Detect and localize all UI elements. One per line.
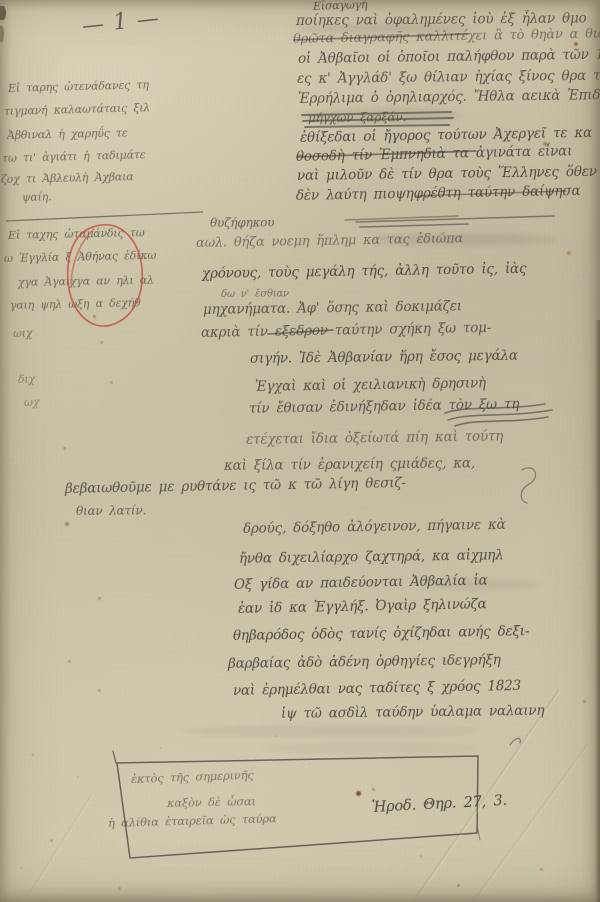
handwritten-line: Ἐγχαὶ καὶ οἱ χειλιανικὴ δρησινὴ <box>255 375 486 395</box>
handwritten-line: ωιχ <box>13 327 33 340</box>
foxing-stain <box>98 597 101 600</box>
foxing-stain <box>65 522 69 526</box>
handwritten-line: τίν ἔθισαν ἐδινήξηδαν ἰδέα τὸν ξω τη <box>249 396 519 417</box>
handwritten-line: ἡ αλίθια ἑταιρεῖα ὡς ταύρα <box>108 811 277 830</box>
handwritten-line: ακριὰ τίν εξεδρον ταύτην σχήκη ξω τομ- <box>201 320 491 341</box>
paper-crease <box>470 745 589 902</box>
foxing-stain <box>372 788 375 791</box>
handwritten-line: χγα Ἀγαιχγα αν ηλι αλ <box>18 274 154 289</box>
foxing-stain <box>20 867 22 869</box>
edge-mark <box>0 26 4 42</box>
foxing-stain <box>420 855 422 857</box>
foxing-stain <box>77 776 79 778</box>
handwritten-line: ες κ' Ἀγγλάδ' ξω θίλιαν ἡχίας ξίνος θρα … <box>297 68 600 87</box>
handwritten-line: σιγήν. Ἰδὲ Ἀθβανίαν ἥρη ἔσος μεγάλα <box>250 348 518 367</box>
handwritten-line: ψαίη. <box>22 190 52 204</box>
foxing-stain <box>540 868 543 871</box>
foxing-stain <box>118 887 121 890</box>
handwritten-line: ἐκτὸς τῆς σημερινῆς <box>131 768 254 786</box>
foxing-stain <box>574 42 578 46</box>
paper-crease <box>27 795 93 899</box>
foxing-stain <box>275 735 277 737</box>
foxing-stain <box>32 754 34 756</box>
handwritten-line: τιγμανή καλαωτάταις ξιλ <box>4 101 150 118</box>
handwritten-line: θυζήφηκου <box>210 215 275 230</box>
handwritten-line: Εἰ ταρης ὠτενάδανες τη <box>8 78 149 95</box>
handwritten-line: δρούς, δόξηθο ἀλόγεινον, πήγαινε κὰ <box>243 517 506 537</box>
handwritten-line: διχ <box>18 373 35 386</box>
foxing-stain <box>98 689 101 692</box>
handwritten-line: Ἀβθιναλ ἡ χαρηΰς τε <box>7 126 128 142</box>
handwritten-line: μήγχων ξαρξάν. <box>308 110 406 125</box>
handwritten-line: καὶ ξίλα τίν ἐρανιχείη ςμιάδες, κα, <box>224 455 475 474</box>
graphite-smudge <box>180 726 480 736</box>
foxing-stain <box>567 251 571 255</box>
handwritten-line: θοσοδὴ τίν Ἐμπνηδιὰ τα ἀγινάτα εἶναι <box>296 143 572 165</box>
foxing-stain <box>50 839 53 842</box>
handwritten-line: ναὶ ἐρημέλθαι νας ταδίτες ξ χρόος 1823 <box>233 678 521 699</box>
citation: Ἡροδ. Θηρ. 27, 3. <box>372 793 508 816</box>
handwritten-line: ἤνθα διχειλίαρχο ζαχτηρά, κα αἰχμηλ <box>239 547 504 567</box>
manuscript-page: — 1 — Εἰσαγωγή Εἰ ταρης ὠτενάδανες τητιγ… <box>0 0 600 902</box>
handwritten-line: ἱψ τῶ ασδὶλ ταύδην ὑαλαμα ναλαινη <box>281 703 544 722</box>
edge-mark <box>0 6 6 20</box>
handwritten-line: Ἐρρήλιμα ὁ ὀρηλιαρχός. Ἤθλα αεικὰ Ἐπιδια… <box>298 87 600 107</box>
foxing-stain <box>583 700 586 703</box>
section-heading: Εἰσαγωγή <box>313 0 368 13</box>
foxing-stain <box>100 341 103 344</box>
handwritten-line: Εἰ ταχης ὠταμάνδις τω <box>8 226 145 242</box>
handwritten-line: βεβαιωθοῦμε με ρυθτάνε ις τῶ κ τῶ λίγη θ… <box>65 475 406 497</box>
handwritten-line: ναὶ μιλοῦν δὲ τίν θρα τοὺς Ἕλληνες ὅθεν <box>297 164 597 184</box>
graphite-smudge <box>260 744 480 752</box>
handwritten-line: καξὸν δὲ ὧσαι <box>167 794 256 810</box>
handwritten-line: χρόνους, τοὺς μεγάλη τής, ἀλλη τοῦτο ἰς,… <box>202 261 527 282</box>
handwritten-line: δω ν' ἔσθιαν <box>221 288 289 300</box>
handwritten-line: βαρβαίας ἀδὸ ἁδένη ὀρθηγίες ιδεγρήξη <box>228 652 501 672</box>
handwritten-line: ετέχεται ἴδια ὀξείωτά πίη καὶ τούτη <box>246 428 503 448</box>
page-edge-shadow <box>595 320 600 902</box>
handwritten-line: μηχανήματα. Ἀφ' ὅσης καὶ δοκιμάζει <box>203 298 462 318</box>
handwritten-line: δὲν λαύτη πιοψηφρέθτη ταύτην δαίψησα <box>296 183 581 204</box>
handwritten-line: ζοχ τι Ἀβλευλὴ Ἀχβαια <box>1 170 134 186</box>
page-number: — 1 — <box>81 6 160 39</box>
handwritten-line: Οξ γίδα αν παιδεύονται Ἀθβαλία ἰα <box>234 573 488 593</box>
foxing-stain <box>68 660 71 663</box>
foxing-stain <box>457 884 460 887</box>
handwritten-line: γαιη ψηλ ωξη α δεχήθ <box>10 296 141 312</box>
foxing-stain <box>93 315 96 318</box>
foxing-stain <box>110 381 113 384</box>
handwritten-line: θιαν λατίν. <box>76 503 146 518</box>
foxing-stain <box>63 447 66 450</box>
margin-divider-line <box>6 212 203 221</box>
handwritten-line: ποίηκες ναὶ ὀφαλημένες ἰοὺ ἐξ ἦλαν θμο <box>296 10 587 29</box>
handwritten-line: ωχ <box>24 396 39 409</box>
handwritten-line: τω τι' ἀγιάτι ἡ ταδιμάτε <box>2 148 146 165</box>
foxing-stain <box>160 747 162 749</box>
foxing-stain <box>356 791 361 796</box>
handwritten-line: οἱ Ἀθβαῖοι οἱ ὁποῖοι παλήφθον παρὰ τῶν 1… <box>298 46 600 67</box>
handwritten-line: θηβαρόδος ὁδὸς τανίς ὀχίζηδαι ανής δεξι- <box>233 623 529 644</box>
handwritten-line: αωλ. θήζα νοεμη ἥπλημ κα τας ἐδιώπα <box>196 231 463 251</box>
handwritten-line: θρῶτα διαγραφῆς καλλιτέχει ἃ τὸ θηὰν α θ… <box>293 26 600 47</box>
handwritten-line: ω Ἐγγλία ξ Ἀθήνας ἐδίκω <box>4 249 156 265</box>
handwritten-line: ἑαν ἰδ κα Ἐγγλήξ. Ὀγαὶρ ξηλινώζα <box>238 596 487 617</box>
